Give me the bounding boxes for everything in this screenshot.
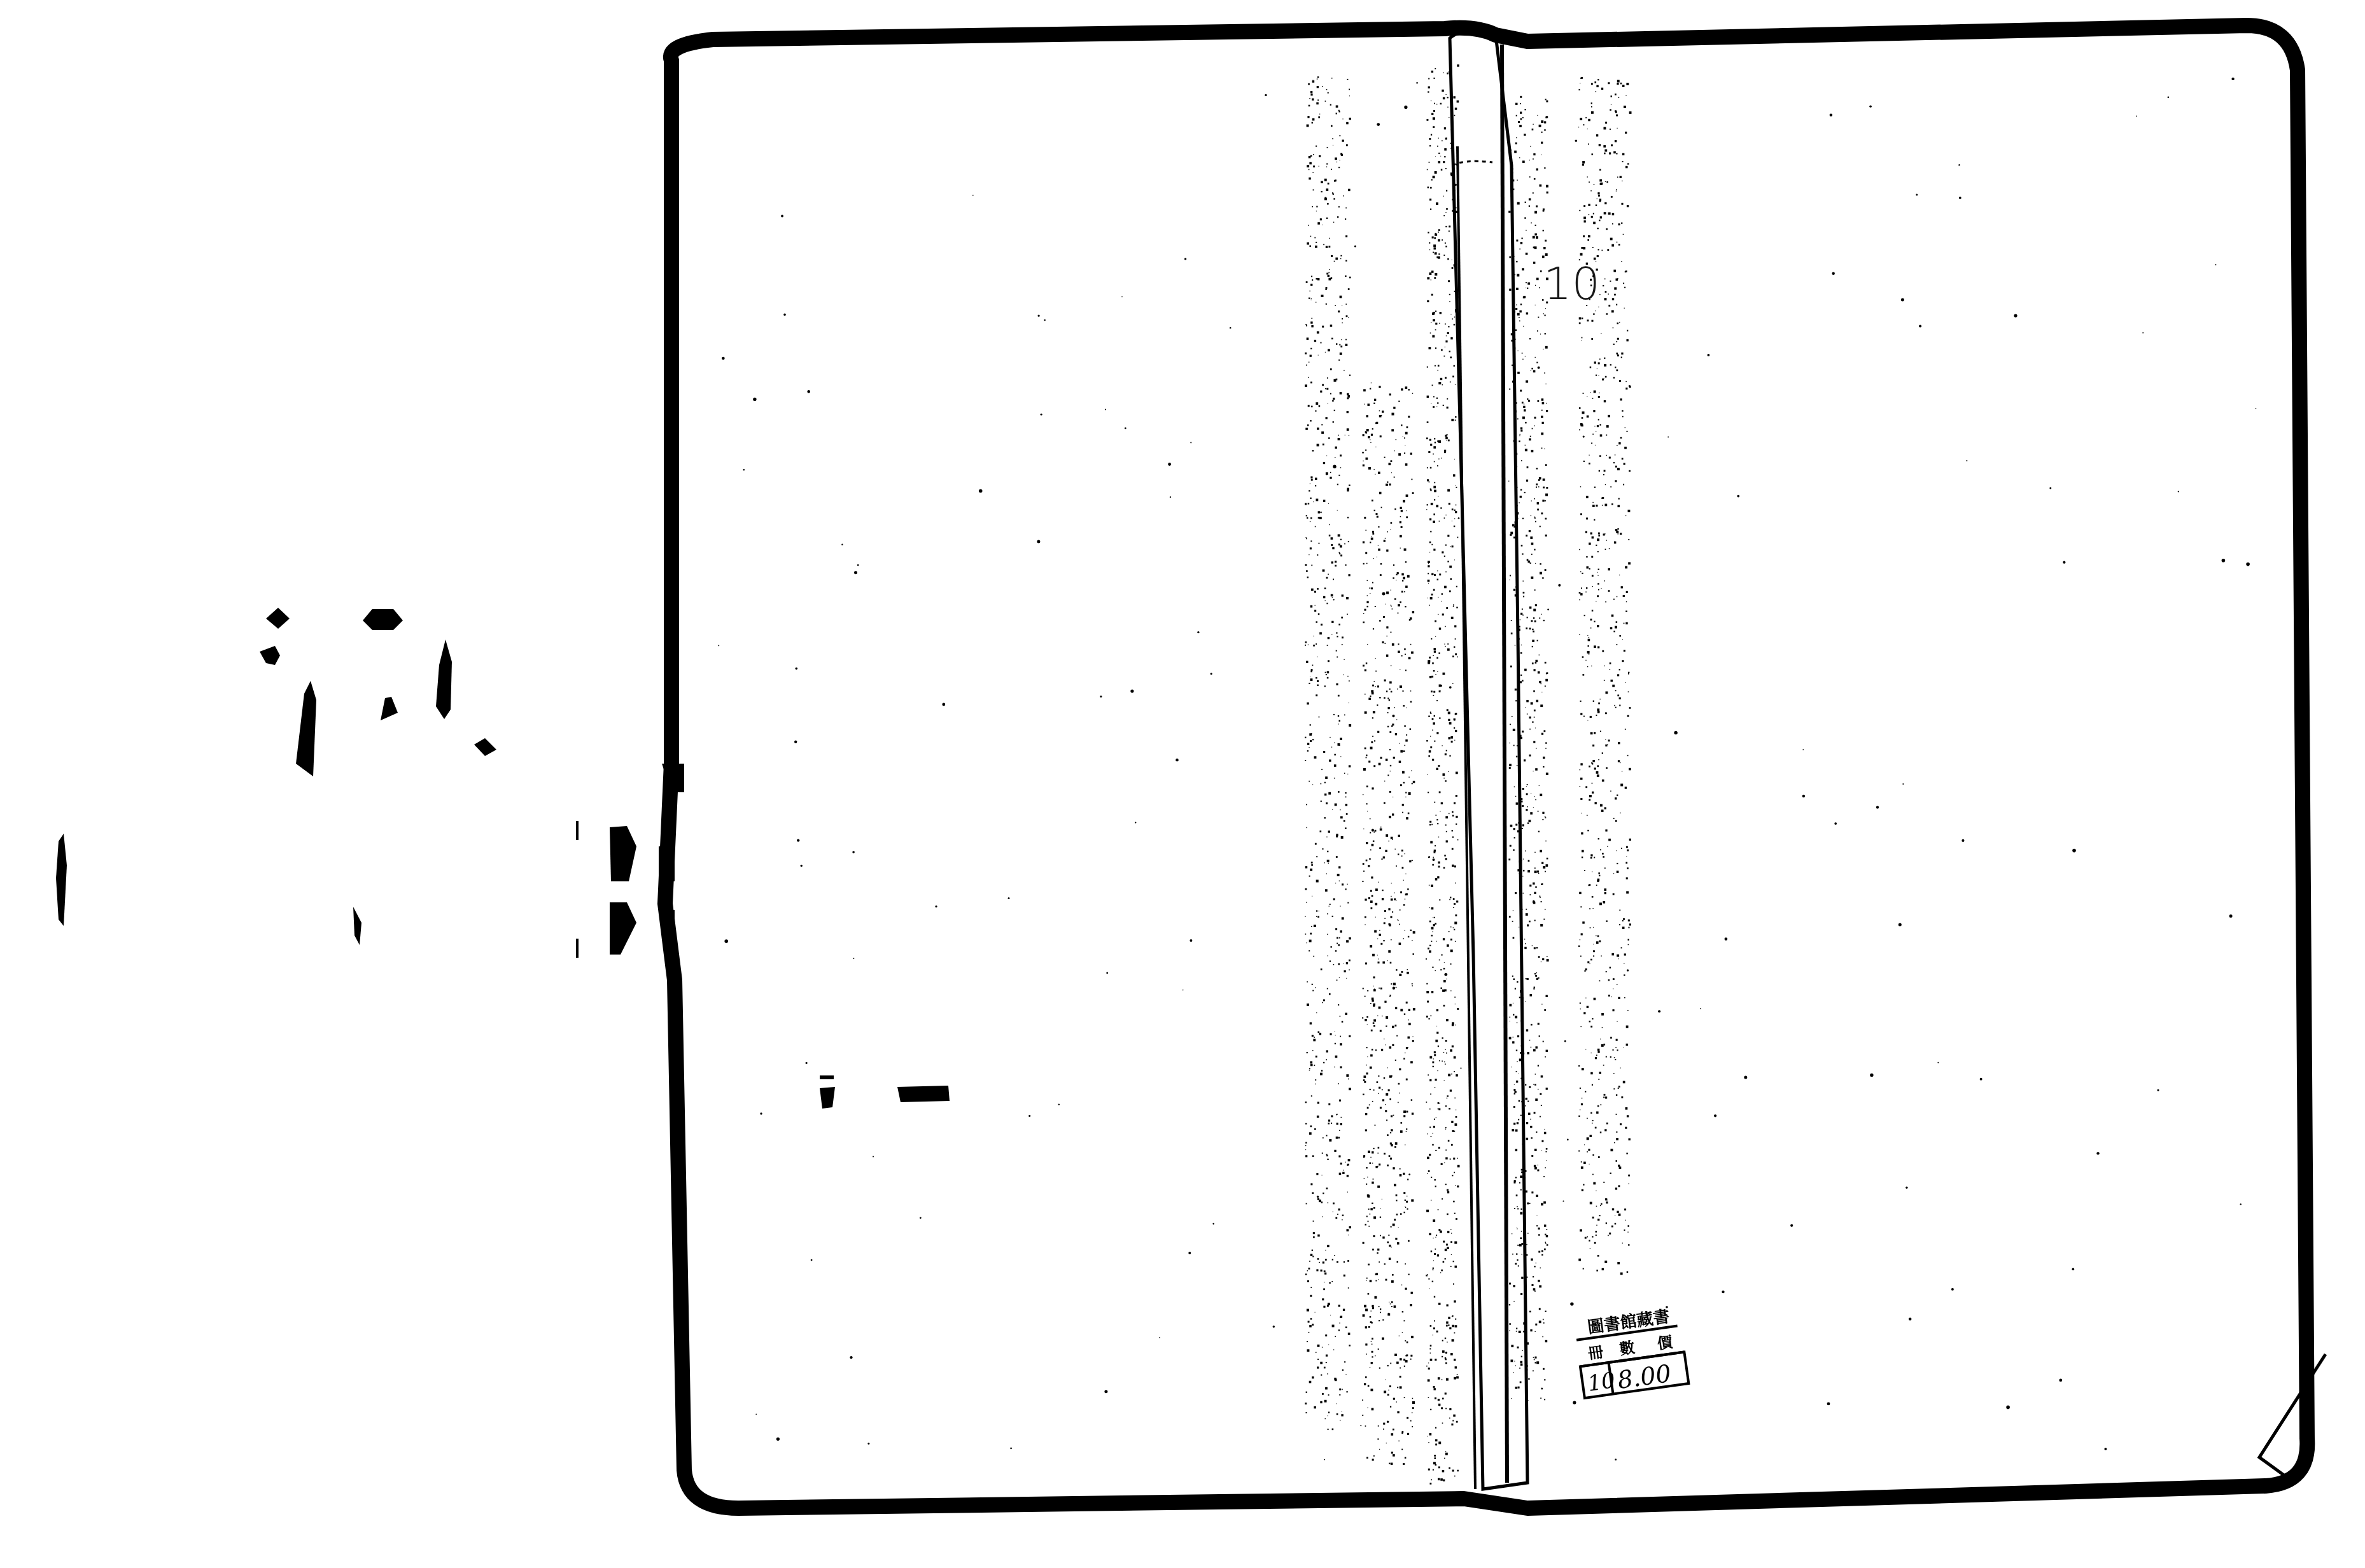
svg-text:8.00: 8.00 xyxy=(1616,1359,1673,1394)
library-stamp: 圖書館藏書 冊 數 價 10 8.00 xyxy=(1574,1305,1689,1399)
svg-text:10: 10 xyxy=(1586,1368,1617,1397)
svg-text:價: 價 xyxy=(1656,1333,1675,1353)
dust-specks xyxy=(718,78,2256,1460)
book-scan: 10 圖書館藏書 冊 數 價 10 8.00 xyxy=(0,0,2365,1568)
spine xyxy=(1450,31,1527,1489)
svg-text:數: 數 xyxy=(1618,1338,1636,1358)
handwritten-note: 10 xyxy=(1543,258,1600,310)
left-fragment-marks xyxy=(56,608,684,958)
folded-corner xyxy=(2259,1354,2326,1483)
svg-text:冊: 冊 xyxy=(1587,1343,1604,1362)
ink-smudge xyxy=(820,1075,950,1109)
book-outline xyxy=(665,25,2307,1508)
